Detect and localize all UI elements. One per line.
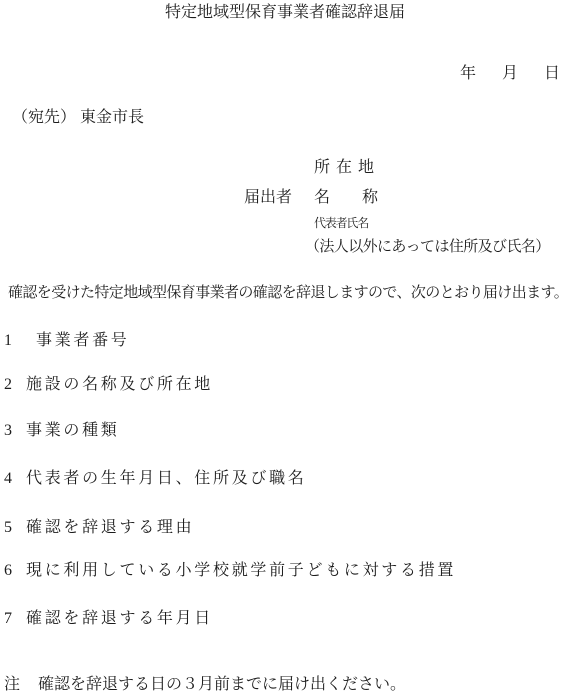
month-label: 月 [502,65,518,83]
item-text: 施設の名称及び所在地 [26,376,213,394]
item-text: 現に利用している小学校就学前子どもに対する措置 [26,562,456,580]
representative-label: 代表者氏名 [314,217,368,230]
item-number: 5 [4,519,12,537]
item-text: 確認を辞退する年月日 [26,610,213,628]
year-label: 年 [460,65,476,83]
day-label: 日 [544,65,560,83]
item-number: 3 [4,422,12,440]
item-text: 事業の種類 [26,422,120,440]
date-line: 年 月 日 [460,65,560,83]
address-label: 所 在 地 [314,159,374,177]
body-paragraph: 確認を受けた特定地域型保育事業者の確認を辞退しますので、次のとおり届け出ます。 [8,285,568,302]
document-page: 特定地域型保育事業者確認辞退届 年 月 日 （宛先） 東金市長 所 在 地 届出… [0,0,570,695]
item-number: 2 [4,376,12,394]
footnote-label: 注 [4,676,20,694]
legal-note: （法人以外にあっては住所及び氏名） [305,239,550,256]
item-number: 7 [4,610,12,628]
item-text: 確認を辞退する理由 [26,519,194,537]
item-number: 1 [4,332,12,350]
item-number: 6 [4,562,12,580]
item-text: 事業者番号 [36,332,130,350]
item-text: 代表者の生年月日、住所及び職名 [26,470,307,488]
item-number: 4 [4,470,12,488]
notifier-label: 届出者 [244,189,292,207]
recipient-line: （宛先） 東金市長 [12,109,144,127]
name-label: 名 称 [314,189,378,207]
footnote-text: 確認を辞退する日の３月前までに届け出ください。 [38,676,406,694]
page-title: 特定地域型保育事業者確認辞退届 [0,4,570,22]
